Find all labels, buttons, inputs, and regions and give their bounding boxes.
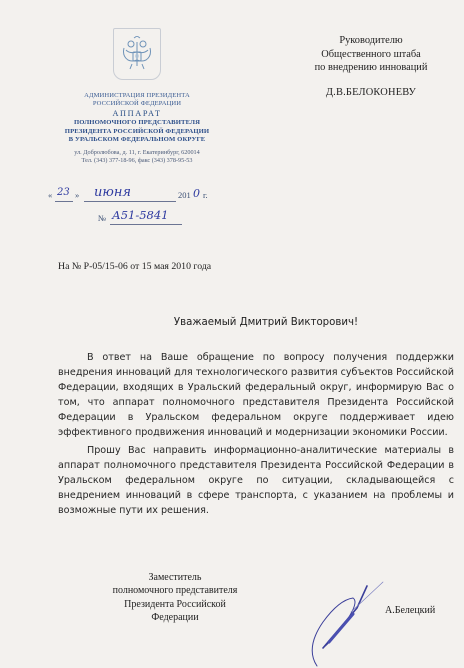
date-year-suffix: 0	[193, 187, 200, 200]
date-year-mark: г.	[203, 190, 208, 200]
addressee-name: Д.В.БЕЛОКОНЕВУ	[296, 86, 446, 100]
outgoing-number-field: № А51-5841	[98, 210, 218, 226]
letterhead-phones: Тел. (343) 377-18-96, факс (343) 378-95-…	[42, 157, 232, 165]
date-open-quote: «	[48, 190, 52, 200]
body-paragraph-2: Прошу Вас направить информационно-аналит…	[58, 443, 454, 518]
addressee-line-3: по внедрению инноваций	[296, 61, 446, 75]
addressee-line-2: Общественного штаба	[296, 48, 446, 62]
letter-body: В ответ на Ваше обращение по вопросу пол…	[58, 350, 454, 518]
coat-of-arms-icon	[113, 28, 161, 80]
letterhead-apparat: АППАРАТ	[42, 109, 232, 119]
date-year-prefix: 201	[178, 190, 191, 200]
signatory-title-2: полномочного представителя	[100, 584, 250, 597]
reference-line: На № Р-05/15-06 от 15 мая 2010 года	[58, 261, 211, 272]
letterhead-federation: РОССИЙСКОЙ ФЕДЕРАЦИИ	[42, 100, 232, 108]
date-day: 23	[57, 187, 70, 198]
signatory-name: А.Белецкий	[385, 605, 435, 616]
number-label: №	[98, 213, 106, 223]
letter-page: АДМИНИСТРАЦИЯ ПРЕЗИДЕНТА РОССИЙСКОЙ ФЕДЕ…	[0, 0, 464, 668]
letterhead-bold-2: ПРЕЗИДЕНТА РОССИЙСКОЙ ФЕДЕРАЦИИ	[42, 128, 232, 136]
number-value: А51-5841	[112, 208, 169, 222]
signatory-title-1: Заместитель	[100, 571, 250, 584]
addressee-line-1: Руководителю	[296, 34, 446, 48]
letterhead: АДМИНИСТРАЦИЯ ПРЕЗИДЕНТА РОССИЙСКОЙ ФЕДЕ…	[42, 28, 232, 164]
letterhead-bold-1: ПОЛНОМОЧНОГО ПРЕДСТАВИТЕЛЯ	[42, 119, 232, 127]
letterhead-admin: АДМИНИСТРАЦИЯ ПРЕЗИДЕНТА	[42, 92, 232, 100]
salutation: Уважаемый Дмитрий Викторович!	[0, 317, 464, 328]
date-close-quote: »	[75, 190, 79, 200]
addressee-block: Руководителю Общественного штаба по внед…	[296, 34, 446, 99]
date-month: июня	[94, 185, 131, 200]
signatory-title: Заместитель полномочного представителя П…	[100, 571, 250, 625]
body-paragraph-1: В ответ на Ваше обращение по вопросу пол…	[58, 350, 454, 441]
letterhead-bold-3: В УРАЛЬСКОМ ФЕДЕРАЛЬНОМ ОКРУГЕ	[42, 136, 232, 144]
date-field: « 23 » июня 201 0 г.	[48, 188, 258, 206]
handwritten-signature-icon	[295, 578, 385, 668]
signatory-title-3: Президента Российской Федерации	[100, 598, 250, 625]
letterhead-address: ул. Добролюбова, д. 11, г. Екатеринбург,…	[42, 149, 232, 157]
